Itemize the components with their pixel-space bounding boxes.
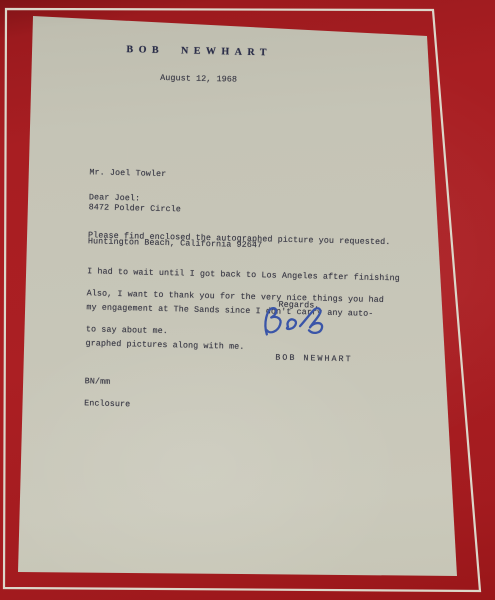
enclosure-notation: Enclosure	[84, 397, 130, 410]
reference-initials: BN/mm	[85, 375, 111, 388]
body-line: to say about me.	[86, 323, 384, 342]
salutation: Dear Joel:	[89, 191, 141, 204]
recipient-address-line-1: Mr. Joel Towler	[89, 167, 263, 182]
letterhead-name: BOB NEWHART	[32, 42, 366, 61]
typed-signature-name: BOB NEWHART	[275, 352, 353, 366]
framed-letter-photo: BOB NEWHART August 12, 1968 Mr. Joel Tow…	[0, 0, 495, 600]
letter-content: BOB NEWHART August 12, 1968 Mr. Joel Tow…	[20, 16, 433, 581]
body-line: Also, I want to thank you for the very n…	[87, 287, 385, 306]
letter-date: August 12, 1968	[32, 69, 366, 89]
body-line: Please find enclosed the autographed pic…	[88, 229, 401, 248]
body-paragraph-2: Also, I want to thank you for the very n…	[85, 263, 384, 366]
bob-signature	[258, 304, 335, 344]
